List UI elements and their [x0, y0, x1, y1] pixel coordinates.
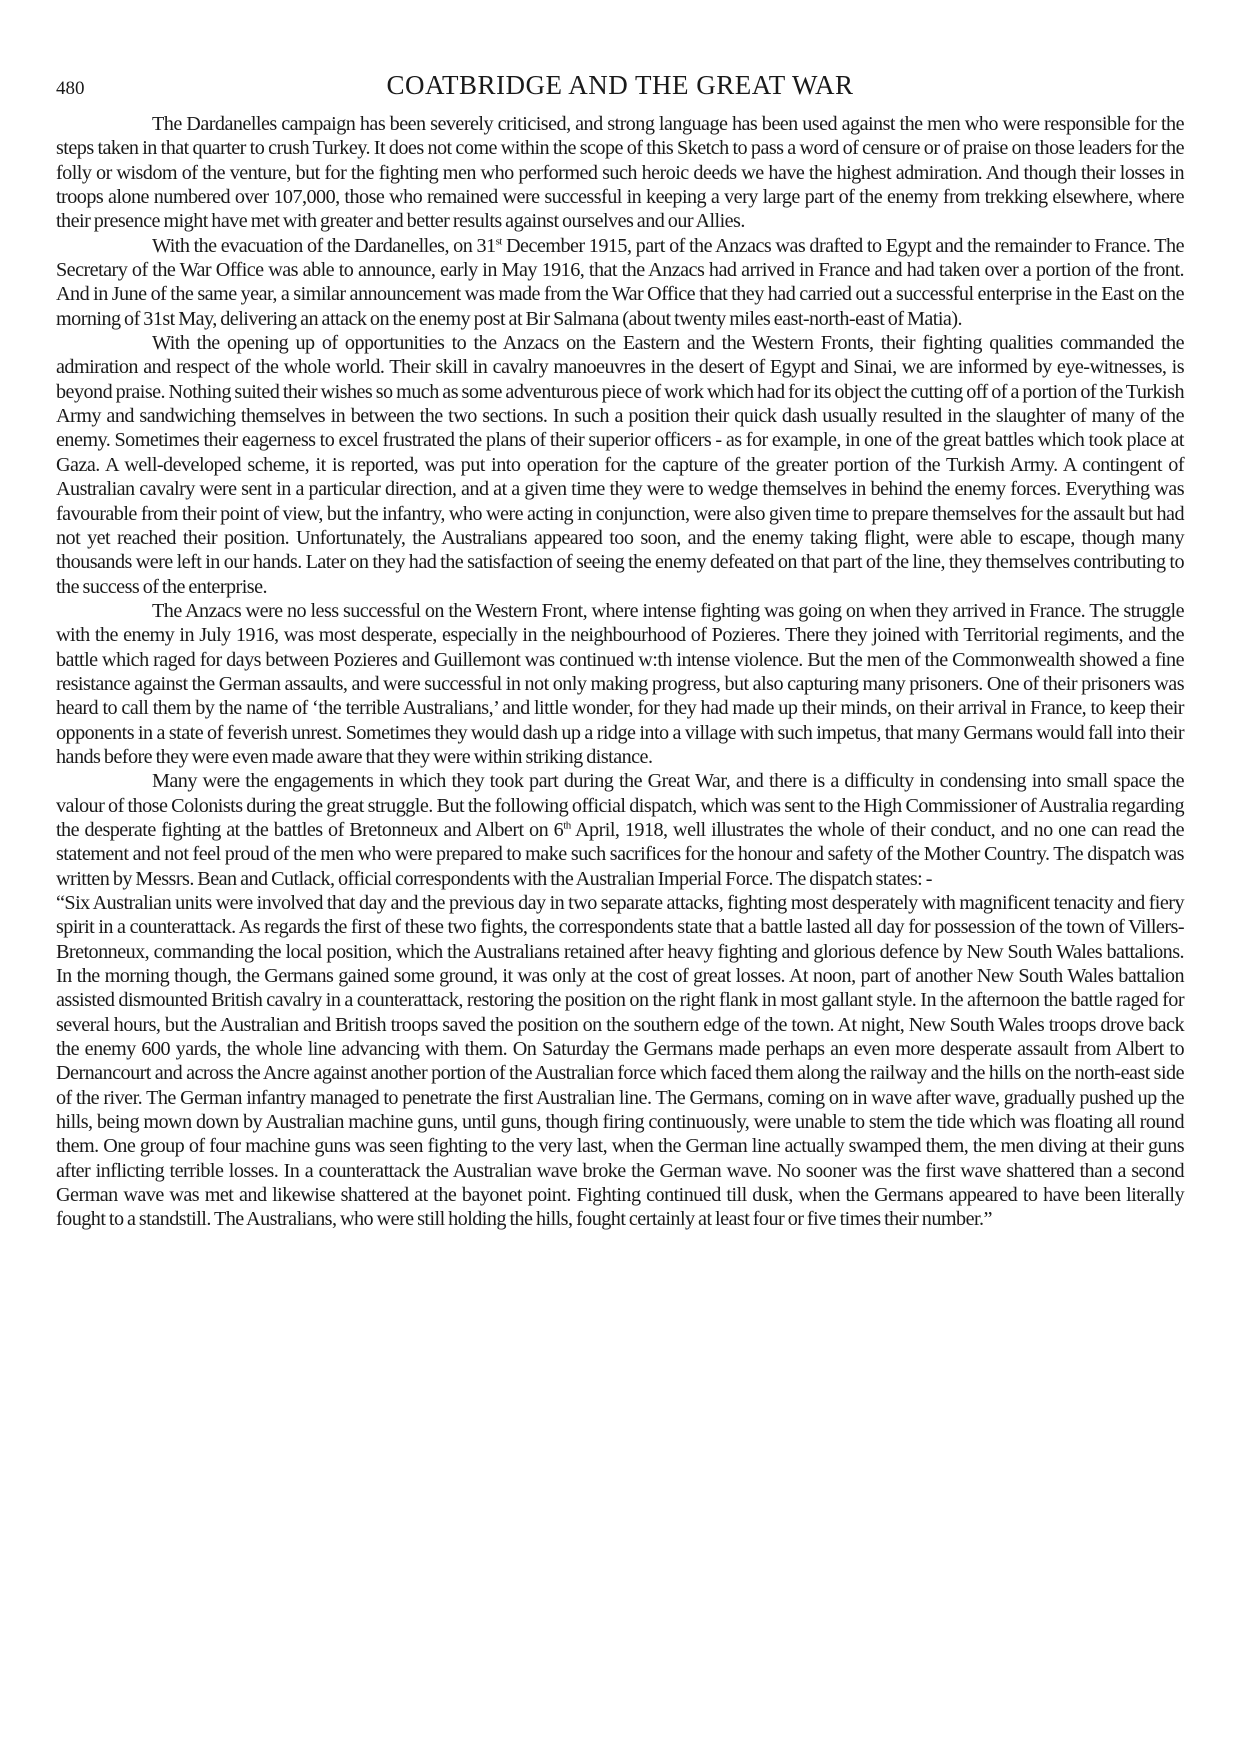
document-page: 480 COATBRIDGE AND THE GREAT WAR The Dar…: [0, 0, 1240, 1754]
running-header: 480 COATBRIDGE AND THE GREAT WAR: [56, 70, 1184, 104]
paragraph-western-front: The Anzacs were no less successful on th…: [56, 599, 1184, 769]
paragraph-text: With the evacuation of the Dardanelles, …: [152, 235, 496, 257]
paragraph-eastern-western-fronts: With the opening up of opportunities to …: [56, 331, 1184, 599]
body-text: The Dardanelles campaign has been severe…: [56, 112, 1184, 1232]
dispatch-quote: “Six Australian units were involved that…: [56, 891, 1184, 1232]
ordinal-suffix: th: [563, 819, 570, 831]
paragraph-dardanelles: The Dardanelles campaign has been severe…: [56, 112, 1184, 234]
running-title: COATBRIDGE AND THE GREAT WAR: [56, 70, 1184, 101]
paragraph-engagements: Many were the engagements in which they …: [56, 769, 1184, 891]
paragraph-evacuation: With the evacuation of the Dardanelles, …: [56, 234, 1184, 331]
